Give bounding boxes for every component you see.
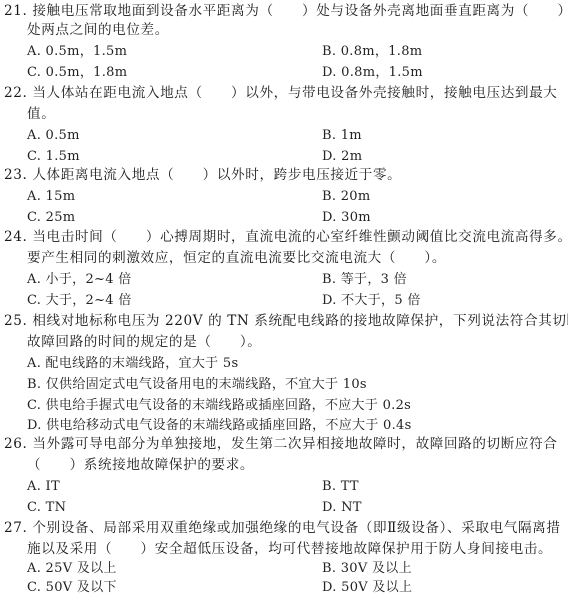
question-25-line-1: 25. 相线对地标称电压为 220V 的 TN 系统配电线路的接地故障保护，下列… bbox=[4, 312, 568, 331]
question-24-option-b: B. 等于，3 倍 bbox=[322, 270, 407, 289]
question-25-option-b: B. 仅供给固定式电气设备用电的末端线路，不宜大于 10s bbox=[27, 375, 367, 394]
question-23-option-a: A. 15m bbox=[27, 187, 75, 206]
exam-page: 21. 接触电压常取地面到设备水平距离为（ ）处与设备外壳离地面垂直距离为（ ）… bbox=[0, 0, 568, 594]
question-22-option-c: C. 1.5m bbox=[27, 147, 80, 166]
question-25-line-2: 故障回路的时间的规定的是（ ）。 bbox=[27, 333, 262, 352]
question-25-option-c: C. 供电给手握式电气设备的末端线路或插座回路，不应大于 0.2s bbox=[27, 396, 411, 415]
question-26-option-d: D. NT bbox=[322, 498, 362, 517]
question-25-option-a: A. 配电线路的末端线路，宜大于 5s bbox=[27, 354, 238, 373]
question-27-option-b: B. 30V 及以上 bbox=[322, 559, 412, 578]
question-26-option-b: B. TT bbox=[322, 477, 359, 496]
question-21-option-d: D. 0.8m，1.5m bbox=[322, 63, 423, 82]
question-27-line-1: 27. 个别设备、局部采用双重绝缘或加强绝缘的电气设备（即Ⅱ级设备）、采取电气隔… bbox=[4, 519, 561, 538]
question-22-option-b: B. 1m bbox=[322, 126, 362, 145]
question-23-option-d: D. 30m bbox=[322, 208, 371, 227]
question-22-option-d: D. 2m bbox=[322, 147, 362, 166]
question-24-line-2: 要产生相同的刺激效应，恒定的直流电流要比交流电流大（ ）。 bbox=[27, 249, 446, 268]
question-23-line-1: 23. 人体距离电流入地点（ ）以外时，跨步电压接近于零。 bbox=[4, 166, 401, 185]
question-25-option-d: D. 供电给移动式电气设备的末端线路或插座回路，不应大于 0.4s bbox=[27, 416, 412, 435]
question-21-line-2: 处两点之间的电位差。 bbox=[27, 21, 169, 40]
question-22-option-a: A. 0.5m bbox=[27, 126, 80, 145]
question-24-option-c: C. 大于，2~4 倍 bbox=[27, 291, 132, 310]
question-24-option-a: A. 小于，2~4 倍 bbox=[27, 270, 132, 289]
question-26-line-1: 26. 当外露可导电部分为单独接地，发生第二次异相接地故障时，故障回路的切断应符… bbox=[4, 435, 558, 454]
question-22-line-1: 22. 当人体站在距电流入地点（ ）以外，与带电设备外壳接触时，接触电压达到最大 bbox=[4, 84, 558, 103]
question-26-option-c: C. TN bbox=[27, 498, 66, 517]
question-26-line-2: （ ）系统接地故障保护的要求。 bbox=[27, 456, 254, 475]
question-21-line-1: 21. 接触电压常取地面到设备水平距离为（ ）处与设备外壳离地面垂直距离为（ ） bbox=[4, 2, 568, 21]
question-21-option-b: B. 0.8m，1.8m bbox=[322, 42, 422, 61]
question-27-option-c: C. 50V 及以下 bbox=[27, 578, 117, 594]
question-23-option-b: B. 20m bbox=[322, 187, 371, 206]
question-27-line-2: 施以及采用（ ）安全超低压设备，均可代替接地故障保护用于防人身间接电击。 bbox=[27, 540, 552, 559]
question-22-line-2: 值。 bbox=[27, 105, 55, 124]
question-23-option-c: C. 25m bbox=[27, 208, 75, 227]
question-26-option-a: A. IT bbox=[27, 477, 60, 496]
question-21-option-c: C. 0.5m，1.8m bbox=[27, 63, 127, 82]
question-24-option-d: D. 不大于，5 倍 bbox=[322, 291, 421, 310]
question-27-option-a: A. 25V 及以上 bbox=[27, 559, 117, 578]
question-27-option-d: D. 50V 及以上 bbox=[322, 578, 412, 594]
question-21-option-a: A. 0.5m，1.5m bbox=[27, 42, 127, 61]
question-24-line-1: 24. 当电击时间（ ）心搏周期时，直流电流的心室纤维性颤动阈值比交流电流高得多… bbox=[4, 228, 568, 247]
